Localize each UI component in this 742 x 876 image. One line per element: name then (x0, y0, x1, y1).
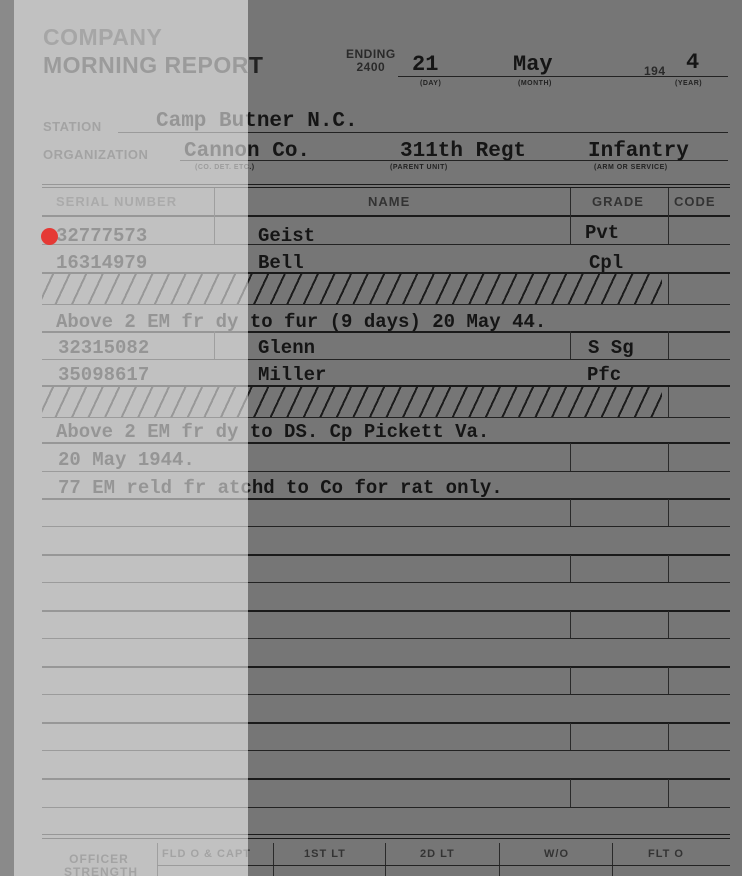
ending-label: ENDING 2400 (346, 48, 396, 74)
organization-value: Cannon Co. (184, 140, 310, 163)
form-title-line2: MORNING REPORT (43, 52, 263, 79)
ending-label-line2: 2400 (346, 61, 396, 74)
month-label: (MONTH) (518, 80, 552, 87)
row-6-remark: Above 2 EM fr dy to DS. Cp Pickett Va. (56, 421, 489, 443)
organization-label: ORGANIZATION (43, 147, 148, 162)
header-grade: GRADE (592, 194, 644, 209)
day-label: (DAY) (420, 80, 441, 87)
row-1-name: Geist (258, 225, 315, 247)
footer-col-fld-o-capt: FLD O & CAPT (162, 848, 251, 860)
morning-report-form: COMPANY MORNING REPORT ENDING 2400 21 (D… (0, 0, 742, 876)
footer-col-2d-lt: 2D LT (420, 848, 455, 860)
row-5-serial: 35098617 (58, 364, 149, 386)
row-4-grade: S Sg (588, 337, 634, 359)
arm-value: Infantry (588, 140, 689, 163)
cursor-marker-dot (41, 228, 58, 245)
row-1-grade: Pvt (585, 222, 619, 244)
row-2-grade: Cpl (589, 252, 623, 274)
parent-unit-label: (PARENT UNIT) (390, 164, 448, 171)
report-day: 21 (412, 52, 438, 77)
row-8-remark: 77 EM reld fr atchd to Co for rat only. (58, 477, 503, 499)
footer-col-flt-o: FLT O (648, 848, 684, 860)
row-1-serial: 32777573 (56, 225, 147, 247)
footer-col-1st-lt: 1ST LT (304, 848, 346, 860)
footer-col-wo: W/O (544, 848, 569, 860)
row-4-serial: 32315082 (58, 337, 149, 359)
report-year: 4 (686, 50, 699, 75)
station-value: Camp Butner N.C. (156, 110, 358, 133)
parent-unit-value: 311th Regt (400, 140, 526, 163)
arm-label: (ARM OR SERVICE) (594, 164, 668, 171)
organization-sublabel: (CO. DET. ETC.) (195, 164, 255, 171)
strike-hatch-2 (42, 387, 662, 417)
scan-edge (0, 0, 14, 876)
station-label: STATION (43, 119, 102, 134)
form-title-line1: COMPANY (43, 24, 162, 51)
header-code: CODE (674, 194, 716, 209)
row-7-remark: 20 May 1944. (58, 449, 195, 471)
row-2-name: Bell (258, 252, 304, 274)
report-month: May (513, 52, 553, 77)
header-name: NAME (368, 194, 410, 209)
officer-strength-label: OFFICER STRENGTH (64, 853, 134, 876)
year-label: (YEAR) (675, 80, 702, 87)
row-3-remark: Above 2 EM fr dy to fur (9 days) 20 May … (56, 311, 546, 333)
header-serial-number: SERIAL NUMBER (56, 194, 177, 209)
row-5-grade: Pfc (587, 364, 621, 386)
row-4-name: Glenn (258, 337, 315, 359)
row-2-serial: 16314979 (56, 252, 147, 274)
strike-hatch-1 (42, 274, 662, 304)
year-prefix: 194 (644, 64, 666, 78)
row-5-name: Miller (258, 364, 326, 386)
